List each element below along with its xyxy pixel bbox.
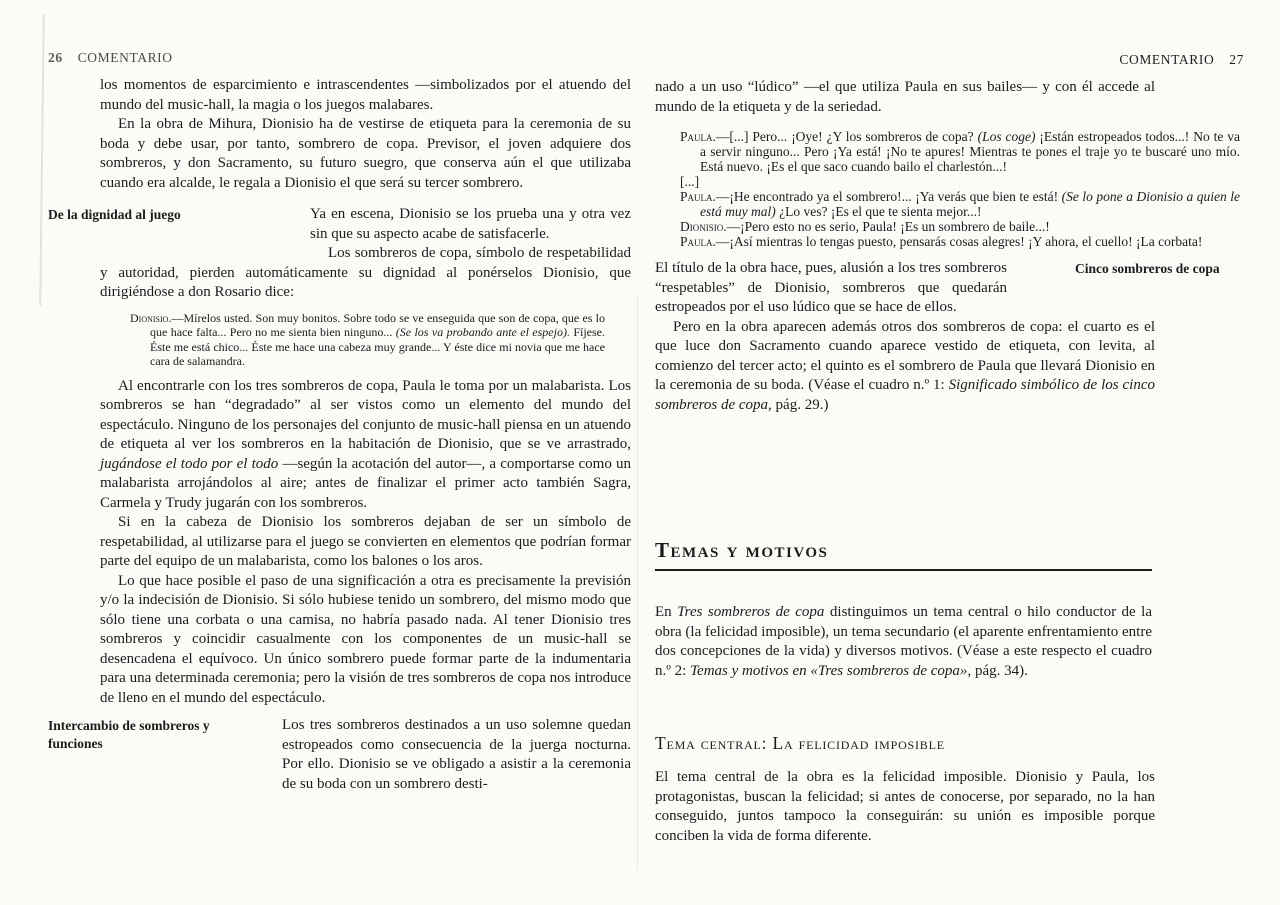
section-tema-central: Tema central: La felicidad imposible El … [655,732,1155,846]
paragraph: Lo que hace posible el paso de una signi… [100,572,631,709]
book-spread-scan: { "left_page": { "page_number": "26", "r… [0,0,1280,905]
margin-heading-de-la-dignidad-al-juego: De la dignidad al juego [48,206,253,224]
paragraph: De la dignidad al juego Ya en escena, Di… [100,205,631,244]
right-page-body-column: nado a un uso “lúdico” —el que utiliza P… [655,78,1155,415]
quote-line: Dionisio.—Mírelos usted. Son muy bonitos… [130,311,605,369]
paragraph: Intercambio de sombreros y funciones Los… [100,716,631,794]
page-number-right: 27 [1229,52,1244,67]
dialogue-quote-paula-dionisio: Paula.—[...] Pero... ¡Oye! ¿Y los sombre… [680,129,1240,249]
paragraph: los momentos de esparcimiento e intrasce… [100,76,631,115]
left-page-body-column: los momentos de esparcimiento e intrasce… [100,76,631,794]
paragraph: Si en la cabeza de Dionisio los sombrero… [100,513,631,572]
running-header-right-label: COMENTARIO [1119,52,1214,67]
quote-line: Paula.—¡He encontrado ya el sombrero!...… [680,189,1240,219]
section-heading-temas-y-motivos: Temas y motivos [655,538,1152,562]
paragraph: En la obra de Mihura, Dionisio ha de ves… [100,115,631,193]
page-number-left: 26 [48,50,63,65]
margin-heading-cinco-sombreros-de-copa: Cinco sombreros de copa [1075,260,1241,278]
section-temas-y-motivos: Temas y motivos En Tres sombreros de cop… [655,538,1152,681]
quote-line: Paula.—[...] Pero... ¡Oye! ¿Y los sombre… [680,129,1240,174]
paragraph: Cinco sombreros de copa El título de la … [655,259,1155,318]
quote-line: Paula.—¡Así mientras lo tengas puesto, p… [680,234,1240,249]
quote-line: [...] [680,174,1240,189]
margin-heading-intercambio-de-sombreros: Intercambio de sombreros y funciones [48,717,253,752]
section-heading-rule [655,569,1152,571]
subsection-heading-tema-central: Tema central: La felicidad imposible [655,732,1155,754]
scan-artifact-gutter-line [637,295,638,870]
running-header-right: COMENTARIO27 [1119,52,1244,68]
paragraph: En Tres sombreros de copa distinguimos u… [655,603,1152,681]
paragraph: Pero en la obra aparecen además otros do… [655,318,1155,416]
running-header-left-label: COMENTARIO [78,50,173,65]
dialogue-quote-dionisio: Dionisio.—Mírelos usted. Son muy bonitos… [130,311,605,369]
paragraph: El tema central de la obra es la felicid… [655,768,1155,846]
paragraph: nado a un uso “lúdico” —el que utiliza P… [655,78,1155,117]
paragraph: Al encontrarle con los tres sombreros de… [100,377,631,514]
quote-line: Dionisio.—¡Pero esto no es serio, Paula!… [680,219,1240,234]
paragraph: Los sombreros de copa, símbolo de respet… [100,244,631,303]
scan-artifact-left-edge-line [39,14,45,306]
running-header-left: 26COMENTARIO [48,50,173,66]
